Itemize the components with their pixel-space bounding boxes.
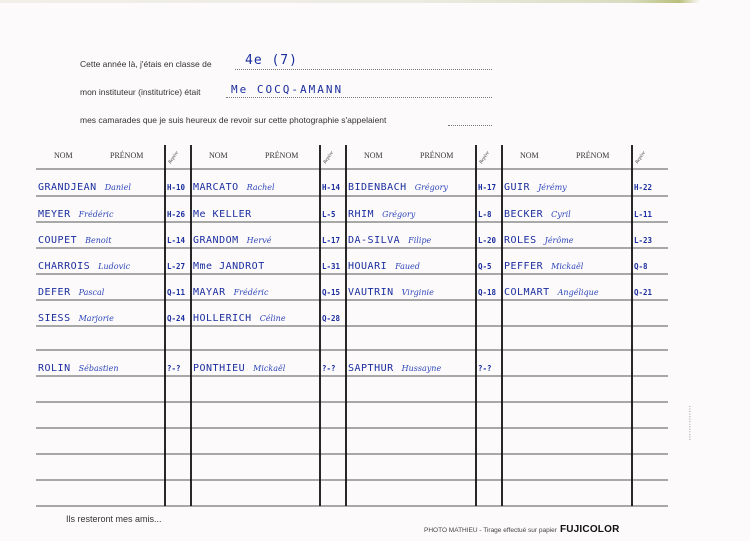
- classmate-prenom: Rachel: [247, 183, 275, 192]
- classmate-name: BECKERCyril: [504, 209, 571, 220]
- classmate-repere: L-5: [322, 210, 336, 219]
- header-prenom: PRÉNOM: [576, 151, 609, 160]
- header-prenom: PRÉNOM: [265, 151, 298, 160]
- classmate-prenom: Grégory: [382, 210, 415, 219]
- classmate-name: SAPTHURHussayne: [348, 363, 441, 374]
- classmate-nom: HOLLERICH: [193, 313, 252, 324]
- classmate-prenom: Hussayne: [402, 364, 442, 373]
- classmate-repere: ?-?: [478, 364, 492, 373]
- classmate-nom: HOUARI: [348, 261, 387, 272]
- classmate-repere: Q-11: [167, 288, 185, 297]
- header-prenom: PRÉNOM: [110, 151, 143, 160]
- classmate-prenom: Grégory: [415, 183, 448, 192]
- classmate-nom: ROLES: [504, 235, 537, 246]
- side-print-code: ▪ ▪ ▪ ▪ ▪ ▪ ▪ ▪ ▪ ▪ ▪ ▪ ▪ ▪: [687, 406, 692, 440]
- classmate-name: PEFFERMickaël: [504, 261, 583, 272]
- classmate-prenom: Faued: [395, 262, 420, 271]
- classmate-repere: L-31: [322, 262, 340, 271]
- classmate-name: DA-SILVAFilipe: [348, 235, 431, 246]
- classmate-nom: COLMART: [504, 287, 550, 298]
- classmate-nom: GUIR: [504, 182, 530, 193]
- brand-logo: FUJICOLOR: [560, 524, 620, 535]
- photo-credit: PHOTO MATHIEU - Tirage effectué sur papi…: [424, 524, 620, 535]
- classmate-name: COLMARTAngélique: [504, 287, 599, 298]
- classmate-nom: PEFFER: [504, 261, 543, 272]
- classmate-repere: H-10: [167, 183, 185, 192]
- classmate-nom: PONTHIEU: [193, 363, 245, 374]
- classmate-prenom: Virginie: [402, 288, 434, 297]
- classmate-nom: Me KELLER: [193, 209, 252, 220]
- classmate-nom: CHARROIS: [38, 261, 90, 272]
- classmate-repere: L-8: [478, 210, 492, 219]
- classmate-repere: L-17: [322, 236, 340, 245]
- classmate-name: RHIMGrégory: [348, 209, 415, 220]
- classmate-prenom: Céline: [260, 314, 286, 323]
- classmate-prenom: Sébastien: [79, 364, 119, 373]
- classmate-repere: L-11: [634, 210, 652, 219]
- classmate-repere: H-22: [634, 183, 652, 192]
- classmate-name: HOLLERICHCéline: [193, 313, 286, 324]
- classmate-repere: L-27: [167, 262, 185, 271]
- classmate-prenom: Ludovic: [98, 262, 130, 271]
- classmate-prenom: Frédéric: [234, 288, 269, 297]
- classmate-nom: SAPTHUR: [348, 363, 394, 374]
- classmate-name: ROLINSébastien: [38, 363, 118, 374]
- classmate-nom: RHIM: [348, 209, 374, 220]
- footer-caption: Ils resteront mes amis...: [66, 514, 162, 524]
- classmate-nom: SIESS: [38, 313, 71, 324]
- classmate-prenom: Marjorie: [79, 314, 114, 323]
- classmate-prenom: Jérôme: [545, 236, 574, 245]
- classmate-name: HOUARIFaued: [348, 261, 420, 272]
- classmate-prenom: Hervé: [247, 236, 272, 245]
- classmate-prenom: Angélique: [558, 288, 599, 297]
- classmate-name: MAYARFrédéric: [193, 287, 268, 298]
- header-prenom: PRÉNOM: [420, 151, 453, 160]
- classmate-repere: Q-21: [634, 288, 652, 297]
- classmate-prenom: Benoit: [85, 236, 111, 245]
- credit-text: PHOTO MATHIEU - Tirage effectué sur papi…: [424, 527, 557, 534]
- classmate-nom: MAYAR: [193, 287, 226, 298]
- classmate-repere: L-23: [634, 236, 652, 245]
- classmate-nom: BECKER: [504, 209, 543, 220]
- classmate-name: Me KELLER: [193, 209, 252, 220]
- classmate-name: Mme JANDROT: [193, 261, 265, 272]
- classmate-nom: VAUTRIN: [348, 287, 394, 298]
- classmate-name: CHARROISLudovic: [38, 261, 130, 272]
- header-nom: NOM: [54, 151, 73, 160]
- classmate-repere: H-14: [322, 183, 340, 192]
- header-nom: NOM: [209, 151, 228, 160]
- classmate-repere: H-26: [167, 210, 185, 219]
- classmate-prenom: Pascal: [79, 288, 105, 297]
- classmate-name: GRANDOMHervé: [193, 235, 271, 246]
- classmate-prenom: Frédéric: [79, 210, 114, 219]
- classmate-repere: ?-?: [322, 364, 336, 373]
- classmate-repere: Q-15: [322, 288, 340, 297]
- classmate-nom: GRANDJEAN: [38, 182, 97, 193]
- classmate-repere: H-17: [478, 183, 496, 192]
- classmate-nom: Mme JANDROT: [193, 261, 265, 272]
- classmate-nom: COUPET: [38, 235, 77, 246]
- classmate-repere: L-20: [478, 236, 496, 245]
- classmate-repere: Q-28: [322, 314, 340, 323]
- classmate-nom: DA-SILVA: [348, 235, 400, 246]
- classmate-name: ROLESJérôme: [504, 235, 574, 246]
- classmate-nom: ROLIN: [38, 363, 71, 374]
- classmate-prenom: Mickaël: [253, 364, 285, 373]
- classmate-prenom: Mickaël: [551, 262, 583, 271]
- classmate-repere: Q-8: [634, 262, 648, 271]
- classmate-name: VAUTRINVirginie: [348, 287, 434, 298]
- classmate-name: GUIRJérémy: [504, 182, 567, 193]
- classmate-name: PONTHIEUMickaël: [193, 363, 285, 374]
- classmate-name: MEYERFrédéric: [38, 209, 113, 220]
- classmate-repere: ?-?: [167, 364, 181, 373]
- classmate-nom: GRANDOM: [193, 235, 239, 246]
- classmate-name: COUPETBenoit: [38, 235, 111, 246]
- classmate-repere: Q-24: [167, 314, 185, 323]
- classmate-prenom: Jérémy: [538, 183, 567, 192]
- classmate-repere: L-14: [167, 236, 185, 245]
- header-nom: NOM: [520, 151, 539, 160]
- classmate-name: DEFERPascal: [38, 287, 104, 298]
- classmate-nom: MEYER: [38, 209, 71, 220]
- classmate-nom: BIDENBACH: [348, 182, 407, 193]
- classmate-name: SIESSMarjorie: [38, 313, 114, 324]
- classmate-name: GRANDJEANDaniel: [38, 182, 131, 193]
- classmate-repere: Q-18: [478, 288, 496, 297]
- classmate-prenom: Daniel: [105, 183, 131, 192]
- classmate-name: MARCATORachel: [193, 182, 275, 193]
- classmate-nom: DEFER: [38, 287, 71, 298]
- classmate-prenom: Filipe: [408, 236, 431, 245]
- classmate-name: BIDENBACHGrégory: [348, 182, 448, 193]
- classmate-prenom: Cyril: [551, 210, 571, 219]
- classmate-nom: MARCATO: [193, 182, 239, 193]
- header-nom: NOM: [364, 151, 383, 160]
- classmate-repere: Q-5: [478, 262, 492, 271]
